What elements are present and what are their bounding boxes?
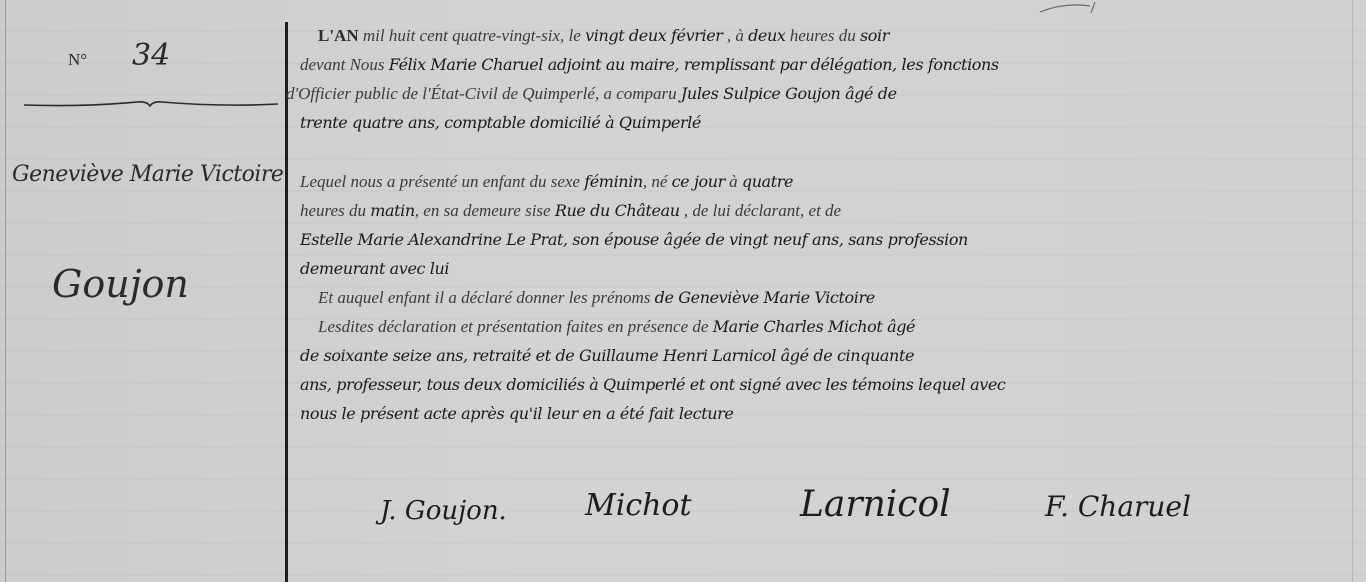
declarant-details-handwritten: trente quatre ans, comptable domicilié à…	[300, 113, 701, 132]
printed-text: heures du	[786, 26, 860, 45]
column-divider	[285, 22, 288, 582]
witness-1-handwritten: Marie Charles Michot âgé	[713, 317, 915, 336]
printed-text: Et auquel enfant il a déclaré donner les…	[318, 288, 655, 307]
witness-2-handwritten: de soixante seize ans, retraité et de Gu…	[300, 346, 914, 365]
register-page: N° 34 Geneviève Marie Victoire Goujon L'…	[0, 0, 1366, 582]
printed-text: à	[725, 172, 742, 191]
signatures: J. Goujon. Michot Larnicol F. Charuel	[380, 478, 1320, 548]
time-of-day-handwritten: soir	[860, 26, 889, 45]
record-l1-s0: L'AN	[318, 26, 359, 45]
record-line-13: nous le présent acte après qu'il leur en…	[300, 404, 733, 424]
birth-hour-handwritten: quatre	[742, 172, 793, 191]
record-line-3: d'Officier public de l'État-Civil de Qui…	[286, 84, 897, 104]
margin-surname: Goujon	[52, 262, 189, 306]
printed-text: , à	[723, 26, 749, 45]
date-handwritten: vingt deux février	[585, 26, 722, 45]
record-line-9: Et auquel enfant il a déclaré donner les…	[318, 288, 875, 308]
record-line-1: L'AN mil huit cent quatre-vingt-six, le …	[318, 26, 889, 46]
signature-goujon: J. Goujon.	[380, 496, 507, 526]
closing-handwritten: nous le présent acte après qu'il leur en…	[300, 404, 733, 423]
printed-text: , en sa demeure sise	[415, 201, 555, 220]
flourish-divider	[22, 99, 280, 109]
record-line-5: Lequel nous a présenté un enfant du sexe…	[300, 172, 793, 192]
birth-day-handwritten: ce jour	[672, 172, 725, 191]
printed-text: Lequel nous a présenté un enfant du sexe	[300, 172, 584, 191]
witness-details-handwritten: ans, professeur, tous deux domiciliés à …	[300, 375, 1005, 394]
address-handwritten: Rue du Château	[555, 201, 680, 220]
printed-text: , de lui déclarant, et de	[680, 201, 841, 220]
margin-column: N° 34 Geneviève Marie Victoire Goujon	[0, 0, 285, 582]
declarant-handwritten: Jules Sulpice Goujon âgé de	[681, 84, 897, 103]
printed-text: d'Officier public de l'État-Civil de Qui…	[286, 84, 681, 103]
record-line-4: trente quatre ans, comptable domicilié à…	[300, 113, 701, 133]
record-line-2: devant Nous Félix Marie Charuel adjoint …	[300, 55, 999, 75]
right-margin-rule	[1352, 0, 1353, 582]
birth-time-handwritten: matin	[370, 201, 415, 220]
record-line-10: Lesdites déclaration et présentation fai…	[318, 317, 915, 337]
residence-handwritten: demeurant avec lui	[300, 259, 449, 278]
signature-larnicol: Larnicol	[800, 484, 951, 525]
record-line-8: demeurant avec lui	[300, 259, 449, 279]
signature-michot: Michot	[585, 488, 692, 523]
printed-text: devant Nous	[300, 55, 389, 74]
margin-given-names: Geneviève Marie Victoire	[12, 162, 283, 187]
record-line-11: de soixante seize ans, retraité et de Gu…	[300, 346, 914, 366]
record-line-7: Estelle Marie Alexandrine Le Prat, son é…	[300, 230, 968, 250]
printed-text: heures du	[300, 201, 370, 220]
record-line-12: ans, professeur, tous deux domiciliés à …	[300, 375, 1005, 395]
printed-text: , né	[643, 172, 672, 191]
printed-text: Lesdites déclaration et présentation fai…	[318, 317, 713, 336]
record-line-6: heures du matin, en sa demeure sise Rue …	[300, 201, 841, 221]
given-names-handwritten: de Geneviève Marie Victoire	[655, 288, 875, 307]
entry-number: 34	[132, 38, 170, 73]
officer-handwritten: Félix Marie Charuel adjoint au maire, re…	[389, 55, 999, 74]
sex-handwritten: féminin	[584, 172, 643, 191]
signature-charuel: F. Charuel	[1045, 490, 1191, 523]
hour-handwritten: deux	[748, 26, 785, 45]
entry-number-label: N°	[68, 50, 87, 70]
printed-text: mil huit cent quatre-vingt-six, le	[359, 26, 585, 45]
mother-handwritten: Estelle Marie Alexandrine Le Prat, son é…	[300, 230, 968, 249]
